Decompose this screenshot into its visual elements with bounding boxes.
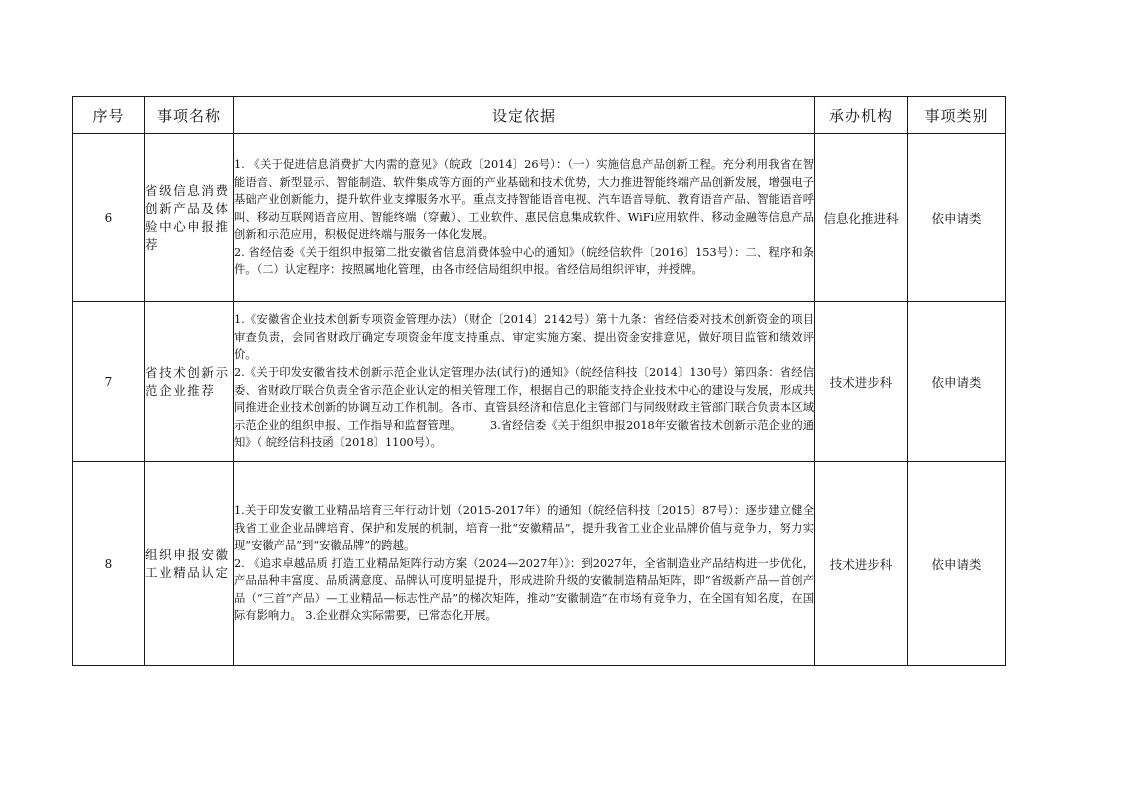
items-table: 序号 事项名称 设定依据 承办机构 事项类别 6 省级信息消费创新产品及体验中心… — [72, 96, 1006, 666]
row-number: 8 — [73, 462, 145, 666]
row-number: 6 — [73, 134, 145, 302]
header-category: 事项类别 — [908, 97, 1006, 134]
basis-paragraph: 1. 《关于促进信息消费扩大内需的意见》（皖政〔2014〕26号）：（一）实施信… — [234, 156, 814, 244]
header-basis: 设定依据 — [234, 97, 815, 134]
handling-office: 信息化推进科 — [815, 134, 908, 302]
header-name: 事项名称 — [145, 97, 234, 134]
legal-basis: 1.关于印发安徽工业精品培育三年行动计划（2015-2017年）的通知（皖经信科… — [234, 462, 815, 666]
item-category: 依申请类 — [908, 462, 1006, 666]
table-row: 7 省技术创新示范企业推荐 1.《安徽省企业技术创新专项资金管理办法）（财企〔2… — [73, 302, 1006, 462]
table-row: 8 组织申报安徽工业精品认定 1.关于印发安徽工业精品培育三年行动计划（2015… — [73, 462, 1006, 666]
item-name: 省级信息消费创新产品及体验中心申报推荐 — [145, 134, 234, 302]
basis-paragraph: 1.关于印发安徽工业精品培育三年行动计划（2015-2017年）的通知（皖经信科… — [234, 502, 814, 555]
item-name: 省技术创新示范企业推荐 — [145, 302, 234, 462]
basis-paragraph: 1.《安徽省企业技术创新专项资金管理办法）（财企〔2014〕2142号）第十九条… — [234, 311, 814, 364]
item-name: 组织申报安徽工业精品认定 — [145, 462, 234, 666]
basis-paragraph: 2.《关于印发安徽省技术创新示范企业认定管理办法(试行)的通知》（皖经信科技〔2… — [234, 364, 814, 452]
item-category: 依申请类 — [908, 302, 1006, 462]
handling-office: 技术进步科 — [815, 302, 908, 462]
basis-paragraph: 2. 《追求卓越品质 打造工业精品矩阵行动方案（2024—2027年）》：到20… — [234, 555, 814, 625]
header-no: 序号 — [73, 97, 145, 134]
header-org: 承办机构 — [815, 97, 908, 134]
basis-paragraph: 2. 省经信委《关于组织申报第二批安徽省信息消费体验中心的通知》（皖经信软件〔2… — [234, 244, 814, 279]
row-number: 7 — [73, 302, 145, 462]
table-row: 6 省级信息消费创新产品及体验中心申报推荐 1. 《关于促进信息消费扩大内需的意… — [73, 134, 1006, 302]
item-category: 依申请类 — [908, 134, 1006, 302]
legal-basis: 1.《安徽省企业技术创新专项资金管理办法）（财企〔2014〕2142号）第十九条… — [234, 302, 815, 462]
header-row: 序号 事项名称 设定依据 承办机构 事项类别 — [73, 97, 1006, 134]
legal-basis: 1. 《关于促进信息消费扩大内需的意见》（皖政〔2014〕26号）：（一）实施信… — [234, 134, 815, 302]
handling-office: 技术进步科 — [815, 462, 908, 666]
